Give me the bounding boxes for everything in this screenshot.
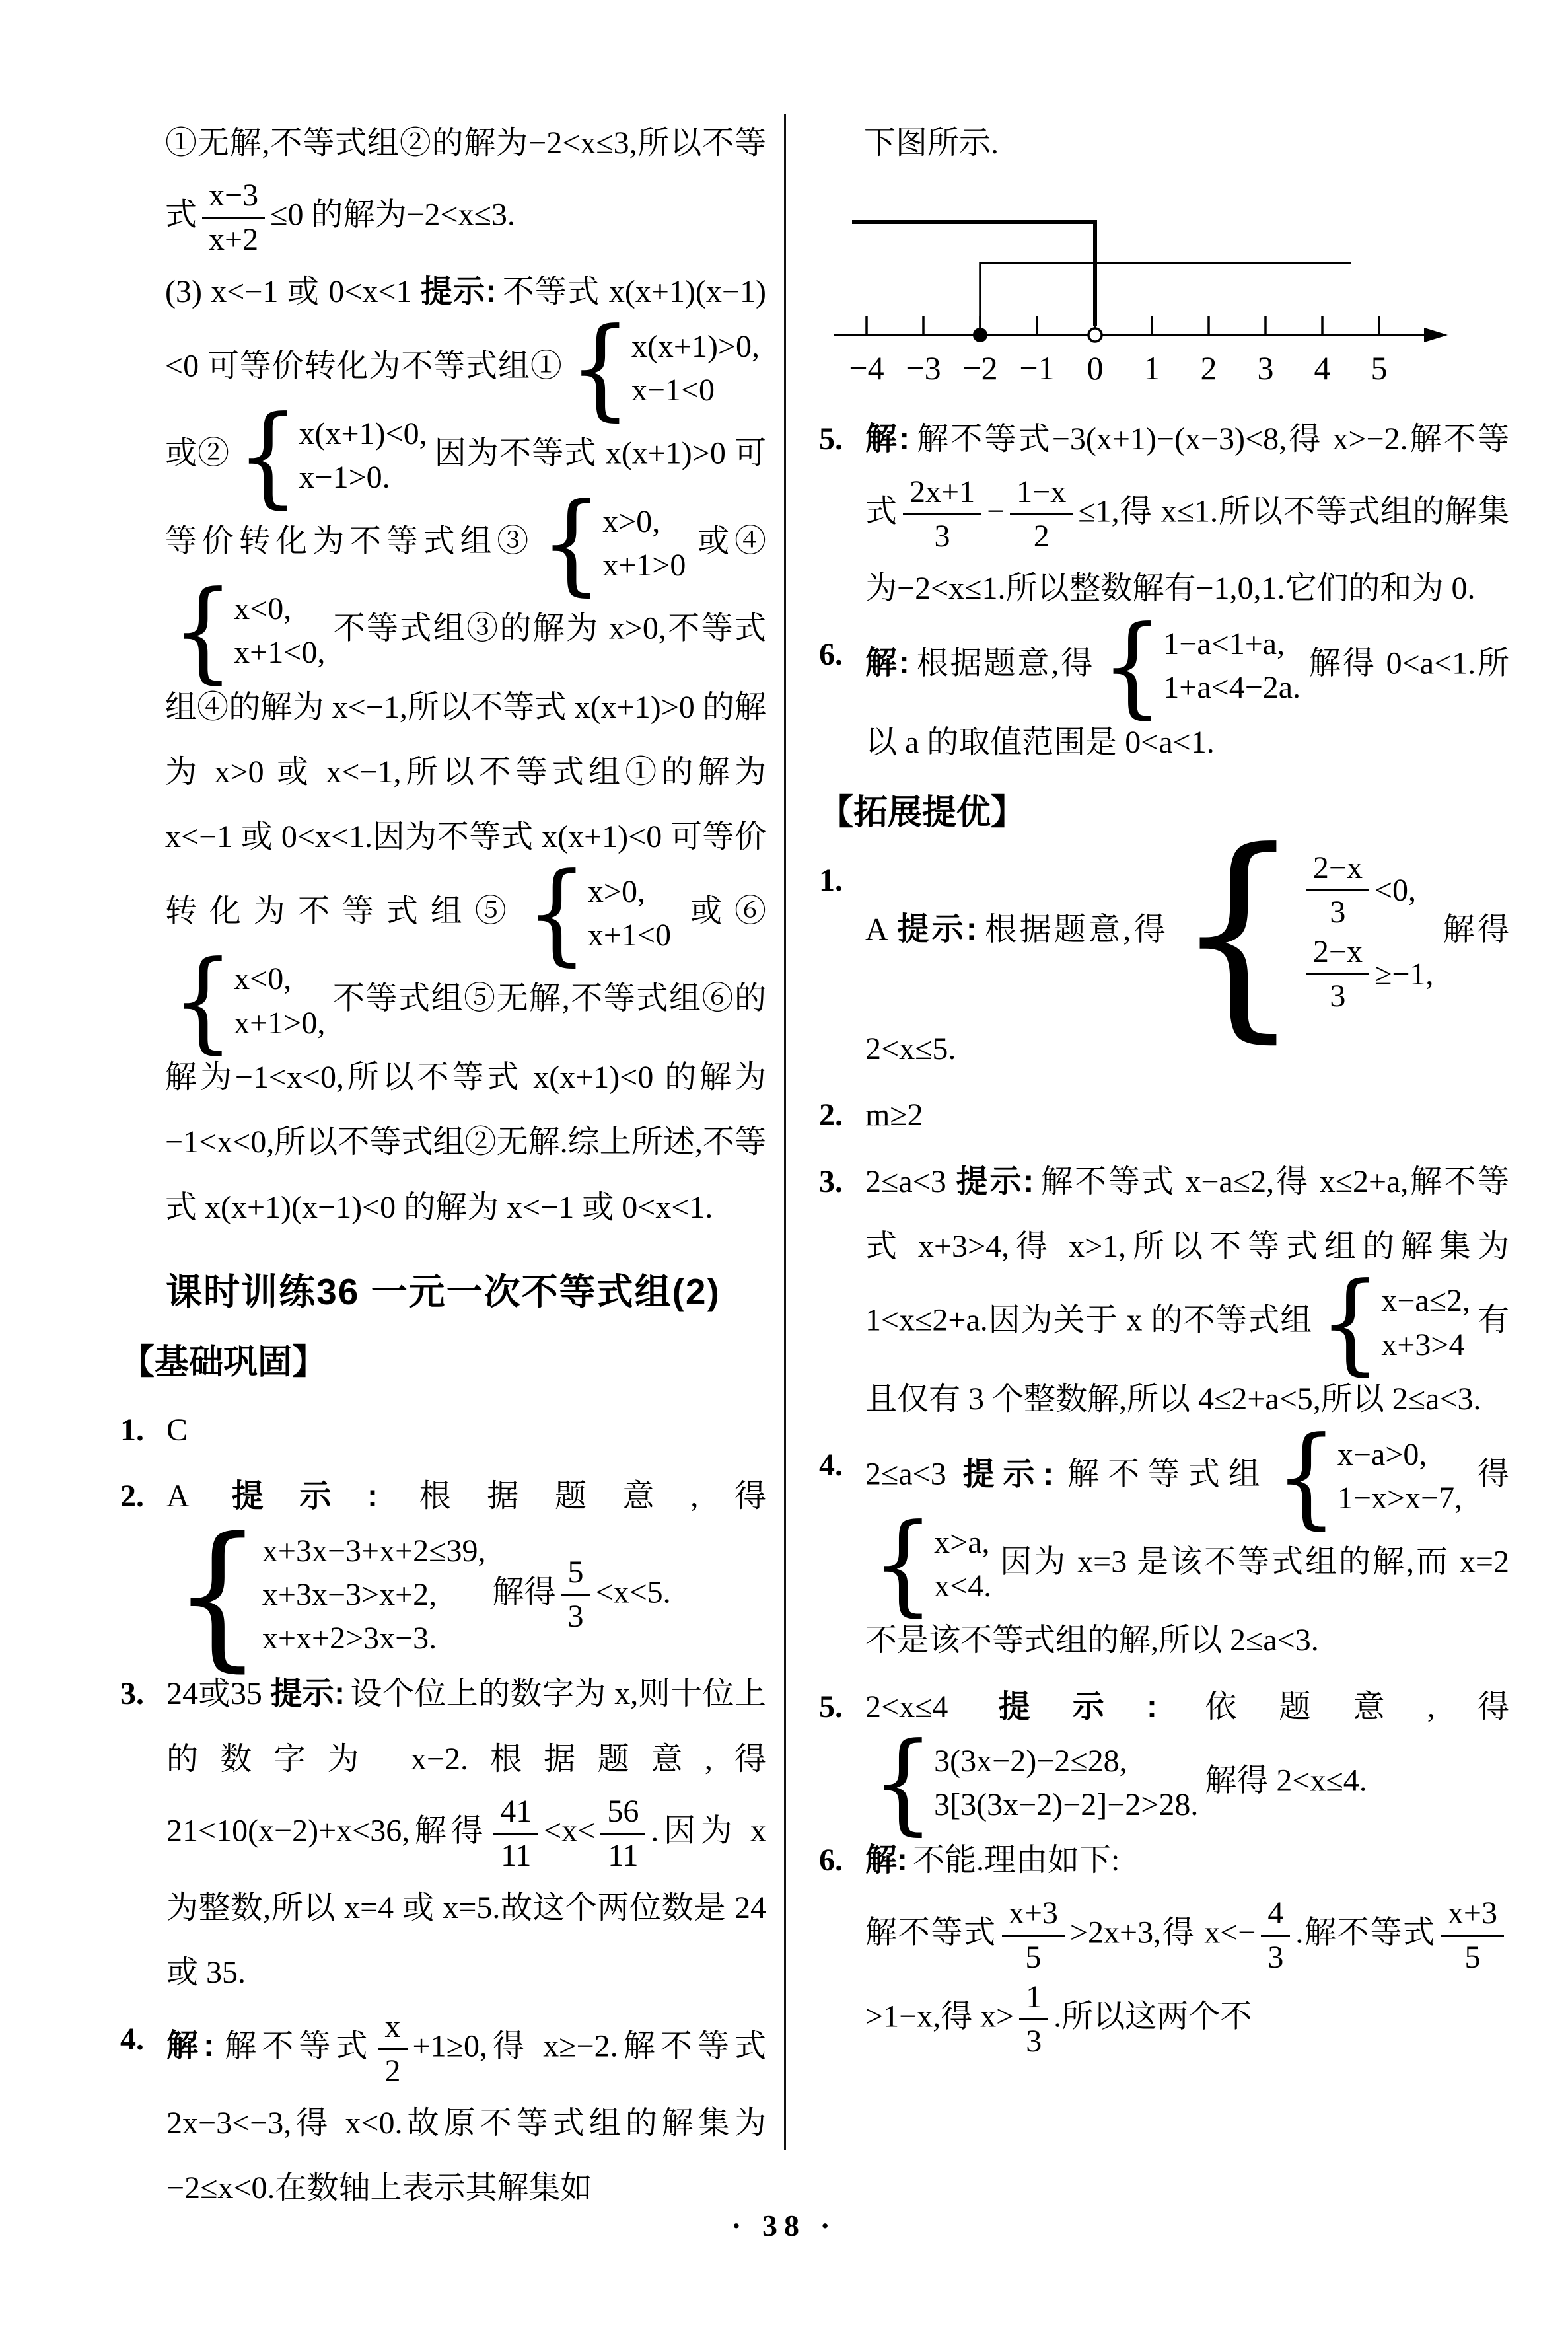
page-number: · 38 · — [0, 2208, 1568, 2243]
system-row: 1−x>x−7, — [1337, 1477, 1462, 1520]
system-row: x<4. — [934, 1565, 991, 1608]
closed-endpoint-dot — [973, 328, 987, 342]
math-fraction: 2−x3 — [1306, 848, 1369, 932]
solution-label: 解: — [865, 646, 915, 681]
fraction-numerator: 41 — [493, 1792, 538, 1835]
item-number: 1. — [120, 1398, 166, 1463]
ray-x-less-than-0 — [852, 222, 1095, 326]
inequality-system: {x<0,x+1>0, — [172, 957, 325, 1045]
text-run: ≤0 的解为−2<x≤3. — [270, 198, 515, 233]
solution-label: 解: — [166, 2028, 219, 2063]
math-fraction: 1−x2 — [1010, 472, 1073, 556]
section-heading-basic: 【基础巩固】 — [120, 1330, 766, 1395]
item-number: 3. — [819, 1150, 865, 1432]
brace-icon: { — [540, 497, 602, 590]
brace-icon: { — [872, 1737, 934, 1830]
item-body: 2≤a<3 提示:解不等式组{x−a>0,1−x>x−7,得{x>a,x<4.因… — [865, 1433, 1509, 1673]
axis-labels: −4 −3 −2 −1 0 1 2 3 4 5 — [849, 350, 1387, 387]
tick-label: 3 — [1258, 350, 1274, 387]
item-body: 2<x≤4 提示:依题意,得{3(3x−2)−2≤28,3[3(3x−2)−2]… — [865, 1675, 1509, 1827]
hint-label: 提示: — [963, 1457, 1059, 1492]
item-number: 2. — [120, 1464, 166, 1660]
fraction-numerator: x−3 — [202, 176, 265, 219]
system-row: 2−x3≥−1, — [1301, 932, 1434, 1016]
continuation-line: 下图所示. — [864, 111, 1509, 176]
system-row: x+3x−3>x+2, — [262, 1573, 486, 1617]
system-row: x<0, — [234, 587, 325, 631]
system-row: x−1<0 — [631, 369, 760, 412]
text-run: 解不等式 — [865, 1915, 997, 1950]
answer-paragraph-part3: (3) x<−1 或 0<x<1 提示:不等式 x(x+1)(x−1)<0 可等… — [165, 260, 766, 1240]
system-row: x+1<0 — [588, 914, 671, 957]
system-row: x>0, — [602, 500, 686, 544]
tick-label: −3 — [906, 350, 941, 387]
hint-label: 提示: — [999, 1689, 1162, 1724]
inequality-system: {1−a<1+a,1+a<4−2a. — [1101, 622, 1301, 710]
fraction-denominator: 3 — [1306, 975, 1369, 1016]
inequality-system: {x−a≤2,x+3>4 — [1319, 1279, 1470, 1366]
fraction-numerator: 2−x — [1306, 848, 1369, 891]
axis-arrowhead-icon — [1424, 328, 1448, 342]
brace-icon: { — [569, 322, 631, 416]
item-number: 5. — [819, 1675, 865, 1827]
answer-item-4: 4. 解:解不等式x2+1≥0,得 x≥−2.解不等式 2x−3<−3,得 x<… — [120, 2007, 766, 2221]
system-row: x−a≤2, — [1381, 1279, 1470, 1323]
item-number: 3. — [120, 1662, 166, 2006]
fraction-denominator: 5 — [1002, 1937, 1065, 1977]
answer-item-6: 6. 解:根据题意,得{1−a<1+a,1+a<4−2a.解得 0<a<1.所以… — [819, 622, 1509, 775]
item-body: 解:解不等式x2+1≥0,得 x≥−2.解不等式 2x−3<−3,得 x<0.故… — [166, 2007, 766, 2221]
hint-label: 提示: — [421, 274, 502, 309]
text-run: 解得 — [493, 1574, 556, 1609]
math-fraction: 53 — [561, 1553, 590, 1637]
system-row: x+x+2>3x−3. — [262, 1617, 486, 1660]
brace-icon: { — [172, 585, 234, 678]
system-row: 1−a<1+a, — [1163, 622, 1301, 666]
solution-label: 解: — [865, 422, 915, 457]
item-body: A 提示:根据题意,得{x+3x−3+x+2≤39,x+3x−3>x+2,x+x… — [166, 1464, 766, 1660]
math-fraction: x+35 — [1441, 1894, 1504, 1977]
fraction-numerator: 5 — [561, 1553, 590, 1596]
system-row: x(x+1)<0, — [299, 412, 427, 456]
fraction-numerator: 1 — [1019, 1977, 1048, 2020]
answer-letter: A — [865, 912, 897, 947]
answer-value: 2≤a<3 — [865, 1164, 956, 1199]
answer-item-3: 3. 24或35 提示:设个位上的数字为 x,则十位上的数字为 x−2.根据题意… — [120, 1662, 766, 2006]
fraction-numerator: x — [378, 2007, 408, 2050]
hint-label: 提示: — [897, 912, 982, 947]
brace-icon: { — [872, 1518, 934, 1611]
math-fraction: x−3x+2 — [202, 176, 265, 260]
fraction-denominator: x+2 — [202, 219, 265, 260]
math-fraction: 13 — [1019, 1977, 1048, 2061]
math-fraction: x+35 — [1002, 1894, 1065, 1977]
fraction-denominator: 3 — [1019, 2020, 1048, 2061]
math-fraction: x2 — [378, 2007, 408, 2091]
item-body: 解:不能.理由如下:解不等式x+35>2x+3,得 x<−43.解不等式x+35… — [865, 1828, 1509, 2061]
brace-icon: { — [526, 867, 588, 961]
advanced-item-5: 5. 2<x≤4 提示:依题意,得{3(3x−2)−2≤28,3[3(3x−2)… — [819, 1675, 1509, 1827]
item-number: 6. — [819, 622, 865, 775]
tick-label: 5 — [1371, 350, 1388, 387]
fraction-numerator: 1−x — [1010, 472, 1073, 515]
fraction-denominator: 5 — [1441, 1937, 1504, 1977]
fraction-denominator: 11 — [600, 1835, 645, 1876]
text-run: 解不等式组 — [1059, 1457, 1268, 1492]
brace-icon: { — [1175, 838, 1301, 1027]
answer-item-2: 2. A 提示:根据题意,得{x+3x−3+x+2≤39,x+3x−3>x+2,… — [120, 1464, 766, 1660]
fraction-denominator: 2 — [1010, 515, 1073, 556]
system-row: x−1>0. — [299, 456, 427, 499]
system-row: x+3x−3+x+2≤39, — [262, 1530, 486, 1573]
system-row: x+1>0 — [602, 544, 686, 587]
text-run: .解不等式 — [1295, 1915, 1436, 1950]
system-row: 1+a<4−2a. — [1163, 666, 1301, 710]
number-line-diagram: −4 −3 −2 −1 0 1 2 3 4 5 — [819, 180, 1509, 406]
brace-icon: { — [1319, 1276, 1381, 1370]
text-run: 或② — [165, 436, 230, 471]
number-line-svg: −4 −3 −2 −1 0 1 2 3 4 5 — [819, 180, 1466, 398]
item-number: 2. — [819, 1083, 865, 1148]
brace-icon: { — [236, 410, 299, 503]
text-run: 依题意,得 — [1162, 1689, 1509, 1724]
item-body: 解:解不等式−3(x+1)−(x−3)<8,得 x>−2.解不等式2x+13−1… — [865, 407, 1509, 621]
inequality-system: {x(x+1)>0,x−1<0 — [569, 325, 760, 412]
text-run: ≥−1, — [1374, 956, 1433, 992]
answer-item-5: 5. 解:解不等式−3(x+1)−(x−3)<8,得 x>−2.解不等式2x+1… — [819, 407, 1509, 621]
item-body: m≥2 — [865, 1083, 1509, 1148]
text-run: − — [987, 494, 1005, 529]
brace-icon: { — [1101, 620, 1163, 713]
math-fraction: 2x+13 — [903, 472, 981, 556]
answer-value: m≥2 — [865, 1097, 923, 1132]
text-run: 根据题意,得 — [383, 1479, 766, 1514]
workbook-answer-page: ①无解,不等式组②的解为−2<x≤3,所以不等式x−3x+2≤0 的解为−2<x… — [0, 0, 1568, 2325]
fraction-denominator: 3 — [903, 515, 981, 556]
answer-paragraph-continuation: ①无解,不等式组②的解为−2<x≤3,所以不等式x−3x+2≤0 的解为−2<x… — [165, 111, 766, 260]
system-row: 2−x3<0, — [1301, 848, 1434, 932]
system-row: x>0, — [588, 870, 671, 914]
hint-label: 提示: — [270, 1676, 350, 1711]
text-run: 根据题意,得 — [982, 912, 1168, 947]
brace-icon: { — [1275, 1430, 1337, 1524]
math-fraction: 2−x3 — [1306, 932, 1369, 1016]
fraction-numerator: 4 — [1261, 1894, 1290, 1937]
fraction-denominator: 11 — [493, 1835, 538, 1876]
system-row: x+1<0, — [234, 631, 325, 675]
item-body: 24或35 提示:设个位上的数字为 x,则十位上的数字为 x−2.根据题意,得 … — [166, 1662, 766, 2006]
fraction-denominator: 3 — [561, 1596, 590, 1637]
inequality-system: {x>a,x<4. — [872, 1521, 991, 1608]
section-heading-advanced: 【拓展提优】 — [819, 780, 1509, 846]
math-fraction: 4111 — [493, 1792, 538, 1876]
tick-label: 2 — [1201, 350, 1217, 387]
left-column: ①无解,不等式组②的解为−2<x≤3,所以不等式x−3x+2≤0 的解为−2<x… — [120, 111, 766, 2223]
advanced-item-3: 3. 2≤a<3 提示:解不等式 x−a≤2,得 x≤2+a,解不等式 x+3>… — [819, 1150, 1509, 1432]
brace-icon: { — [172, 955, 234, 1048]
text-run: 或⑥ — [678, 893, 766, 928]
text-run: >1−x,得 x> — [865, 1999, 1014, 2034]
text-run: 或④ — [692, 523, 766, 558]
right-column: 下图所示. — [819, 111, 1509, 2063]
text-run: 解不等式 — [219, 2028, 373, 2063]
axis-ticks — [867, 316, 1379, 335]
item-number: 4. — [819, 1433, 865, 1673]
inequality-system: {x>0,x+1>0 — [540, 500, 686, 587]
text-run: 下图所示. — [864, 126, 999, 161]
math-fraction: 5611 — [600, 1792, 645, 1876]
text-run: 根据题意,得 — [915, 646, 1094, 681]
tick-label: −2 — [962, 350, 997, 387]
system-row: x+3>4 — [1381, 1323, 1470, 1367]
system-row: x−a>0, — [1337, 1433, 1462, 1477]
fraction-numerator: x+3 — [1002, 1894, 1065, 1937]
system-row: x(x+1)>0, — [631, 325, 760, 369]
text-run: 解得 2<x≤4. — [1205, 1763, 1367, 1798]
advanced-item-2: 2. m≥2 — [819, 1083, 1509, 1148]
text-run: <0, — [1374, 872, 1416, 908]
item-number: 5. — [819, 407, 865, 621]
fraction-numerator: 2x+1 — [903, 472, 981, 515]
system-row: x>a, — [934, 1521, 991, 1565]
text-run: 不能.理由如下: — [913, 1843, 1120, 1878]
inequality-system: {x+3x−3+x+2≤39,x+3x−3>x+2,x+x+2>3x−3. — [173, 1530, 486, 1661]
tick-label: −4 — [849, 350, 884, 387]
text-run: <x< — [544, 1814, 595, 1849]
fraction-denominator: 3 — [1261, 1937, 1290, 1977]
tick-label: −1 — [1019, 350, 1054, 387]
fraction-numerator: 2−x — [1306, 932, 1369, 975]
inequality-system: {2−x3<0,2−x3≥−1, — [1175, 848, 1433, 1017]
item-number: 4. — [120, 2007, 166, 2221]
item-body: 解:根据题意,得{1−a<1+a,1+a<4−2a.解得 0<a<1.所以 a … — [865, 622, 1509, 775]
lesson-heading: 课时训练36 一元一次不等式组(2) — [120, 1263, 766, 1321]
text-run: (3) x<−1 或 0<x<1 — [165, 274, 421, 309]
system-row: 3(3x−2)−2≤28, — [934, 1740, 1198, 1783]
tick-label: 4 — [1314, 350, 1331, 387]
solution-label: 解: — [865, 1843, 913, 1878]
system-row: 3[3(3x−2)−2]−2>28. — [934, 1783, 1198, 1827]
inequality-system: {x(x+1)<0,x−1>0. — [236, 412, 427, 499]
tick-label: 1 — [1144, 350, 1160, 387]
fraction-denominator: 2 — [378, 2050, 408, 2091]
inequality-system: {x<0,x+1<0, — [172, 587, 325, 675]
fraction-numerator: 56 — [600, 1792, 645, 1835]
answer-value: 2≤a<3 — [865, 1457, 963, 1492]
column-divider-rule — [784, 114, 786, 2150]
fraction-numerator: x+3 — [1441, 1894, 1504, 1937]
text-run: .所以这两个不 — [1053, 1999, 1252, 2034]
math-fraction: 43 — [1261, 1894, 1290, 1977]
item-number: 6. — [819, 1828, 865, 2061]
item-body: 2≤a<3 提示:解不等式 x−a≤2,得 x≤2+a,解不等式 x+3>4,得… — [865, 1150, 1509, 1432]
item-body: C — [166, 1398, 766, 1463]
advanced-item-6: 6. 解:不能.理由如下:解不等式x+35>2x+3,得 x<−43.解不等式x… — [819, 1828, 1509, 2061]
fraction-denominator: 3 — [1306, 891, 1369, 932]
text-run: >2x+3,得 x<− — [1070, 1915, 1256, 1950]
item-body: A 提示:根据题意,得{2−x3<0,2−x3≥−1,解得 2<x≤5. — [865, 848, 1509, 1082]
hint-label: 提示: — [956, 1164, 1040, 1199]
answer-item-1: 1. C — [120, 1398, 766, 1463]
item-number: 1. — [819, 848, 865, 1082]
tick-label: 0 — [1087, 350, 1104, 387]
inequality-system: {3(3x−2)−2≤28,3[3(3x−2)−2]−2>28. — [872, 1740, 1198, 1827]
answer-letter: C — [166, 1413, 188, 1448]
advanced-item-4: 4. 2≤a<3 提示:解不等式组{x−a>0,1−x>x−7,得{x>a,x<… — [819, 1433, 1509, 1673]
text-run: <x<5. — [596, 1574, 671, 1609]
inequality-system: {x−a>0,1−x>x−7, — [1275, 1433, 1462, 1520]
open-endpoint-circle — [1088, 328, 1102, 342]
advanced-item-1: 1. A 提示:根据题意,得{2−x3<0,2−x3≥−1,解得 2<x≤5. — [819, 848, 1509, 1082]
brace-icon: { — [173, 1528, 262, 1662]
inequality-system: {x>0,x+1<0 — [526, 870, 671, 957]
system-row: x+1>0, — [234, 1002, 325, 1045]
system-row: x<0, — [234, 957, 325, 1001]
text-run: 得 — [1469, 1457, 1509, 1492]
